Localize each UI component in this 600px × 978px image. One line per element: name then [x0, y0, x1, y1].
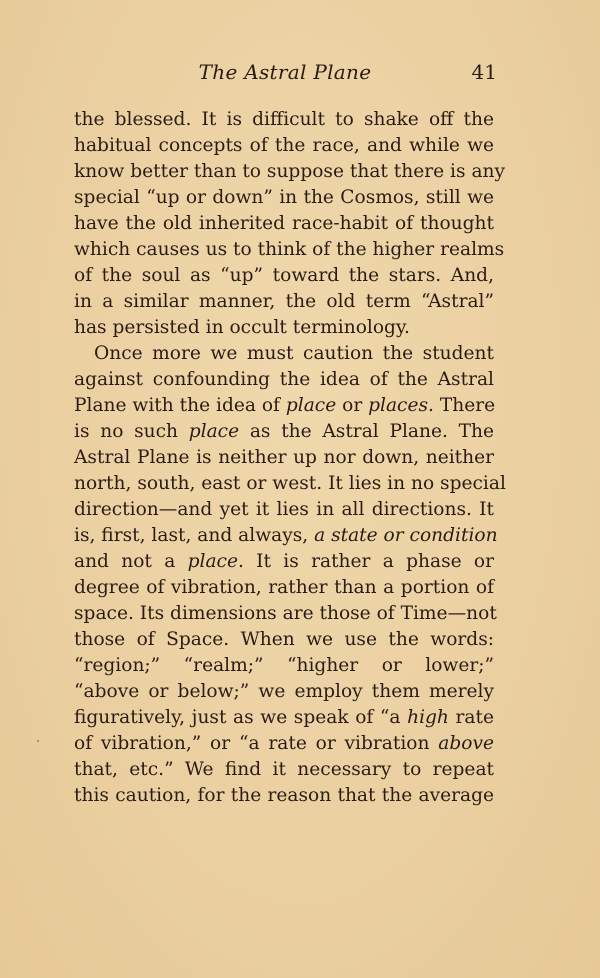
text-line: north, south, east or west. It lies in n…: [74, 471, 494, 497]
paper-speck: [37, 740, 39, 742]
text-line: against confounding the idea of the Astr…: [74, 367, 494, 393]
text-line: and not a place. It is rather a phase or: [74, 549, 494, 575]
running-head: The Astral Plane 41: [75, 60, 495, 92]
emphasis: places.: [368, 395, 434, 416]
text-line: in a similar manner, the old term “Astra…: [74, 289, 494, 315]
text-line: this caution, for the reason that the av…: [74, 783, 494, 809]
text-line: the blessed. It is difficult to shake of…: [74, 107, 494, 133]
text-line: degree of vibration, rather than a porti…: [74, 575, 494, 601]
text-line: Plane with the idea of place or places. …: [74, 393, 494, 419]
running-title: The Astral Plane: [75, 60, 495, 84]
text-line: of the soul as “up” toward the stars. An…: [74, 263, 494, 289]
emphasis: a state or condition: [314, 525, 498, 546]
text-line: direction—and yet it lies in all directi…: [74, 497, 494, 523]
text-line: that, etc.” We find it necessary to repe…: [74, 757, 494, 783]
text-line: is no such place as the Astral Plane. Th…: [74, 419, 494, 445]
text-line: figuratively, just as we speak of “a hig…: [74, 705, 494, 731]
text-line: which causes us to think of the higher r…: [74, 237, 494, 263]
text-line: have the old inherited race-habit of tho…: [74, 211, 494, 237]
text-line: special “up or down” in the Cosmos, stil…: [74, 185, 494, 211]
text-line: “above or below;” we employ them merely: [74, 679, 494, 705]
text-line: space. Its dimensions are those of Time—…: [74, 601, 494, 627]
emphasis: place: [286, 395, 336, 416]
emphasis: place: [189, 421, 239, 442]
emphasis: high: [407, 707, 449, 728]
emphasis: place.: [188, 551, 244, 572]
text-line: is, first, last, and always, a state or …: [74, 523, 494, 549]
body-text: the blessed. It is difficult to shake of…: [74, 107, 494, 809]
text-line: habitual concepts of the race, and while…: [74, 133, 494, 159]
text-line: of vibration,” or “a rate or vibration a…: [74, 731, 494, 757]
emphasis: above: [438, 733, 494, 754]
paragraph-start-line: Once more we must caution the student: [74, 341, 494, 367]
text-line: has persisted in occult terminology.: [74, 315, 494, 341]
page-number: 41: [472, 60, 497, 84]
text-line: Astral Plane is neither up nor down, nei…: [74, 445, 494, 471]
text-line: “region;” “realm;” “higher or lower;”: [74, 653, 494, 679]
book-page: The Astral Plane 41 the blessed. It is d…: [0, 0, 600, 978]
text-line: know better than to suppose that there i…: [74, 159, 494, 185]
text-line: those of Space. When we use the words:: [74, 627, 494, 653]
